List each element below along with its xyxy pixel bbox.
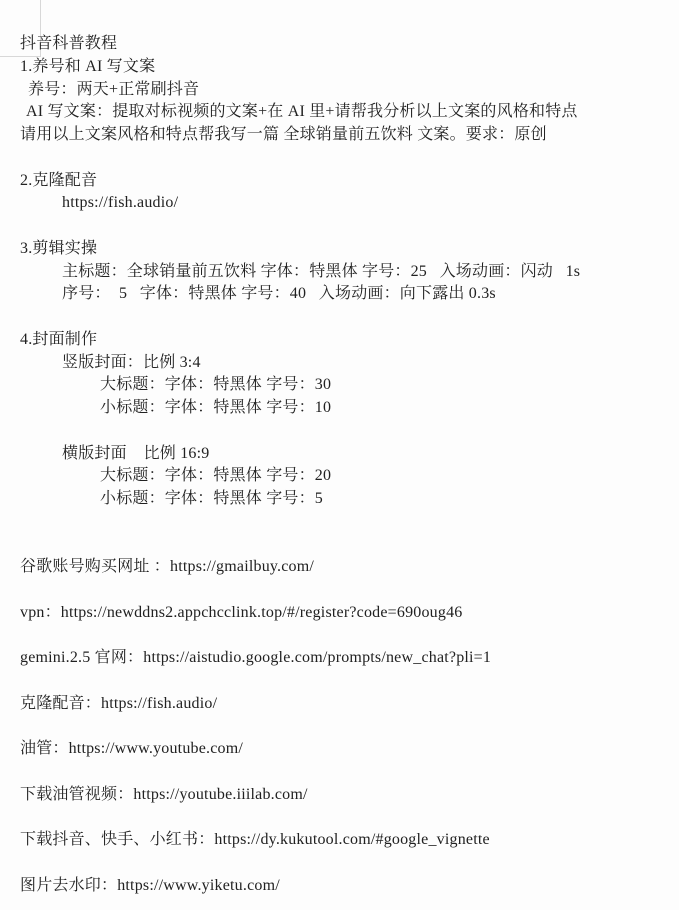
doc-line: 抖音科普教程: [0, 33, 679, 56]
doc-line: 4.封面制作: [0, 329, 679, 352]
doc-blank-line: [0, 147, 679, 170]
doc-line: 主标题：全球销量前五饮料 字体：特黑体 字号：25 入场动画：闪动 1s: [0, 261, 679, 284]
doc-line: 2.克隆配音: [0, 170, 679, 193]
doc-blank-line: [0, 807, 679, 830]
doc-line: 下载油管视频：https://youtube.iiilab.com/: [0, 784, 679, 807]
doc-line: https://fish.audio/: [0, 192, 679, 215]
doc-blank-line: [0, 215, 679, 238]
doc-line: 请用以上文案风格和特点帮我写一篇 全球销量前五饮料 文案。要求：原创: [0, 124, 679, 147]
doc-blank-line: [0, 306, 679, 329]
doc-line: 序号： 5 字体：特黑体 字号：40 入场动画：向下露出 0.3s: [0, 283, 679, 306]
doc-blank-line: [0, 761, 679, 784]
doc-line: 图片去水印：https://www.yiketu.com/: [0, 875, 679, 898]
doc-line: 竖版封面：比例 3:4: [0, 352, 679, 375]
doc-blank-line: [0, 579, 679, 602]
doc-line: gemini.2.5 官网：https://aistudio.google.co…: [0, 647, 679, 670]
doc-line: 养号：两天+正常刷抖音: [0, 79, 679, 102]
doc-line: 谷歌账号购买网址 ：https://gmailbuy.com/: [0, 556, 679, 579]
doc-line: 小标题：字体：特黑体 字号：5: [0, 488, 679, 511]
doc-blank-line: [0, 670, 679, 693]
doc-blank-line: [0, 716, 679, 739]
doc-line: 大标题：字体：特黑体 字号：20: [0, 465, 679, 488]
doc-blank-line: [0, 534, 679, 557]
doc-blank-line: [0, 852, 679, 875]
doc-line: 油管：https://www.youtube.com/: [0, 738, 679, 761]
doc-blank-line: [0, 511, 679, 534]
doc-line: 下载抖音、快手、小红书：https://dy.kukutool.com/#goo…: [0, 829, 679, 852]
doc-line: 横版封面 比例 16:9: [0, 443, 679, 466]
doc-line: 克隆配音：https://fish.audio/: [0, 693, 679, 716]
doc-line: vpn：https://newddns2.appchcclink.top/#/r…: [0, 602, 679, 625]
doc-line: AI 写文案：提取对标视频的文案+在 AI 里+请帮我分析以上文案的风格和特点: [0, 101, 679, 124]
document-page: 抖音科普教程1.养号和 AI 写文案养号：两天+正常刷抖音AI 写文案：提取对标…: [0, 0, 679, 910]
document-lines: 抖音科普教程1.养号和 AI 写文案养号：两天+正常刷抖音AI 写文案：提取对标…: [0, 33, 679, 898]
doc-blank-line: [0, 420, 679, 443]
doc-line: 1.养号和 AI 写文案: [0, 56, 679, 79]
doc-line: 3.剪辑实操: [0, 238, 679, 261]
doc-line: 小标题：字体：特黑体 字号：10: [0, 397, 679, 420]
doc-line: 大标题：字体：特黑体 字号：30: [0, 374, 679, 397]
doc-blank-line: [0, 625, 679, 648]
